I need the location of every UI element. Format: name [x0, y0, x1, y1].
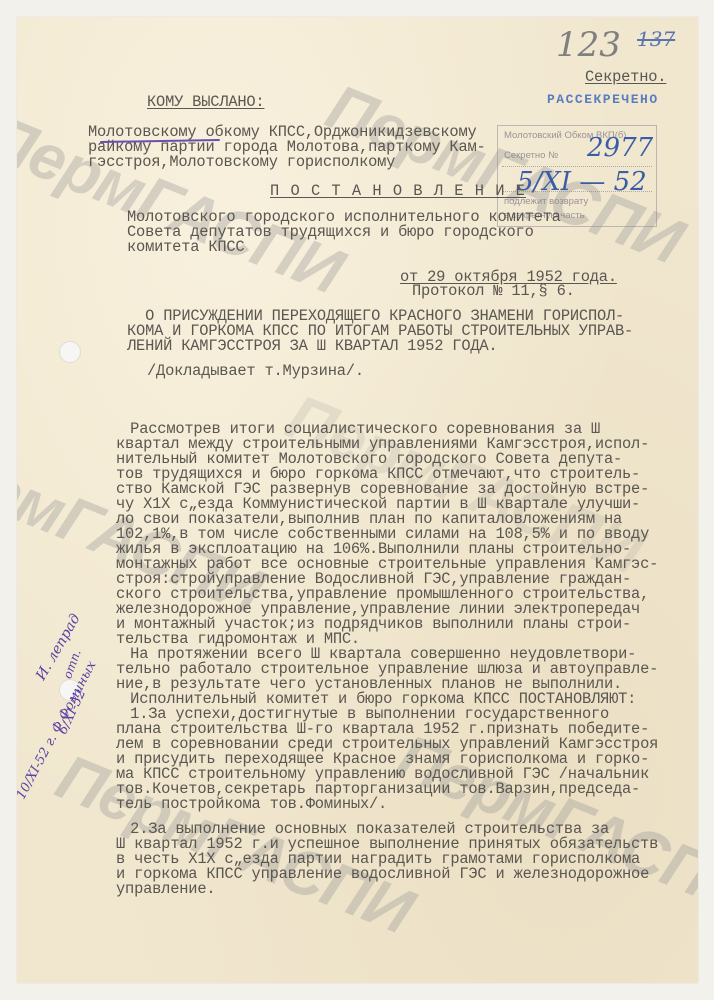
- distribution-heading: КОМУ ВЫСЛАНО:: [147, 95, 264, 110]
- document-page: ПермГАСПИ ПермГАСПИ ПермГАСПИ ПермГАСПИ …: [17, 17, 698, 983]
- secret-label: Секретно.: [585, 70, 666, 85]
- protocol-number: Протокол № 11,§ 6.: [412, 284, 575, 299]
- subject-line: ЛЕНИЙ КАМГЭССТРОЯ ЗА Ш КВАРТАЛ 1952 ГОДА…: [127, 339, 497, 354]
- text-line: тель постройкома тов.Фоминых/.: [116, 797, 387, 812]
- declassified-stamp: РАССЕКРЕЧЕНО: [547, 92, 659, 107]
- punch-hole: [59, 341, 81, 363]
- registration-date: 5/XI — 52: [517, 167, 647, 197]
- stamp-line: Секретно №: [504, 150, 558, 161]
- document-type-title: П О С Т А Н О В Л Е Н И Е: [270, 184, 526, 199]
- archive-page-number: 123: [556, 25, 621, 65]
- reporter-line: /Докладывает т.Мурзина/.: [147, 364, 364, 379]
- distribution-line: гэсстроя,Молотовскому горисполкому: [88, 155, 395, 170]
- issuer-line: комитета КПСС: [127, 240, 244, 255]
- text-line: управление.: [116, 882, 215, 897]
- registration-number: 2977: [587, 133, 653, 163]
- margin-note: 10/XI-52 г. Ф.Фоминых: [17, 659, 99, 802]
- archive-page-number-old: 137: [637, 27, 675, 51]
